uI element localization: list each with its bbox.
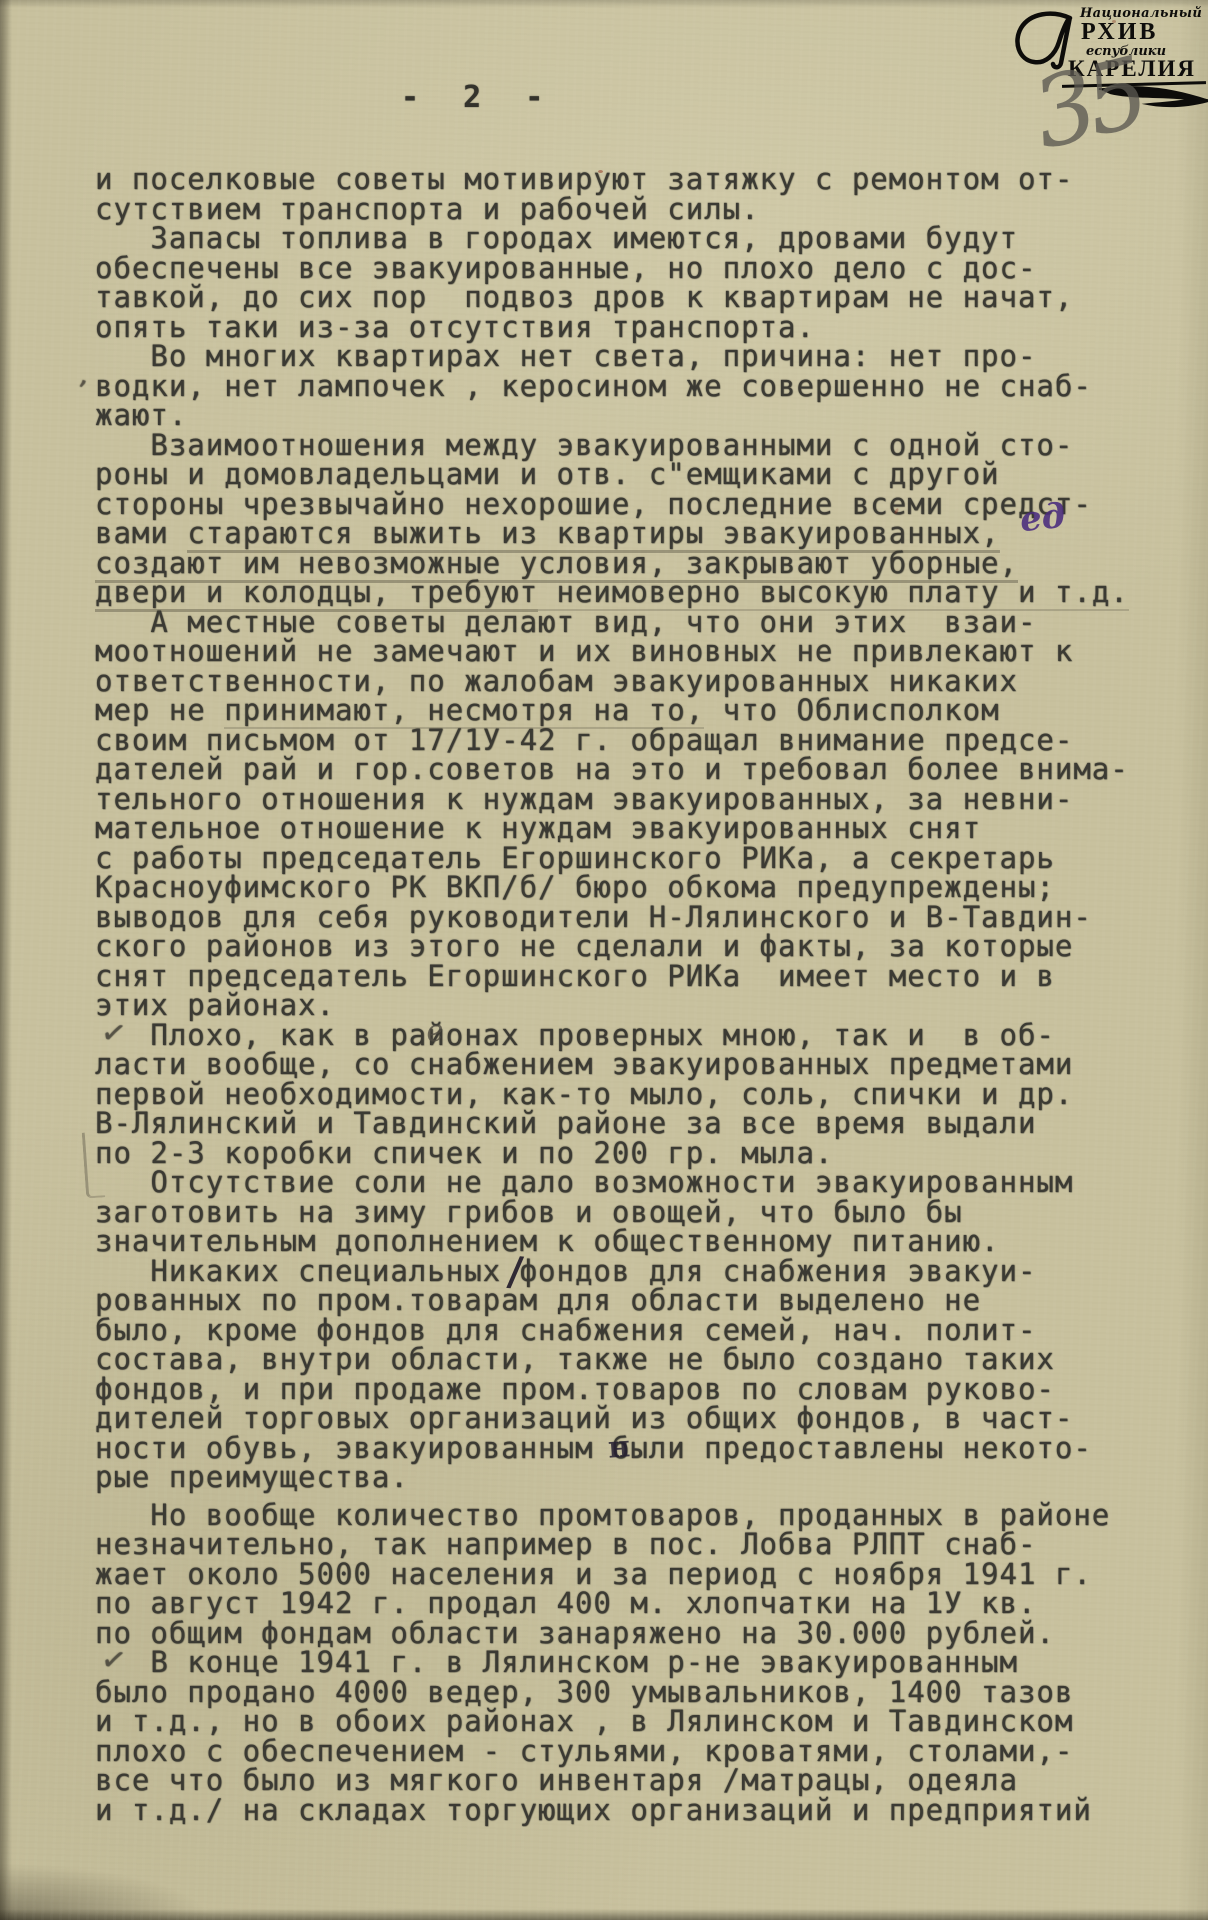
text-line: выводов для себя руководители Н-Лялинско…: [95, 903, 1165, 933]
text-line: обеспечены все эвакуированные, но плохо …: [95, 254, 1165, 284]
pencil-check-icon: ✓: [99, 1017, 129, 1050]
document-text: и поселковые советы мотивируют затяжку с…: [95, 165, 1165, 1825]
text-line: мер не принимают, несмотря на то, что Об…: [95, 696, 1165, 726]
text-line: роны и домовладельцами и отв. с"емщиками…: [95, 460, 1165, 490]
text-line: рованных по пром.товарам для области выд…: [95, 1286, 1165, 1316]
text-line: Но вообще количество промтоваров, продан…: [95, 1501, 1165, 1531]
text-line: В-Лялинский и Тавдинский районе за все в…: [95, 1109, 1165, 1139]
text-line: состава, внутри области, также не было с…: [95, 1345, 1165, 1375]
pencil-check-icon: ✓: [99, 1644, 129, 1677]
text-line: заготовить на зиму грибов и овощей, что …: [95, 1198, 1165, 1228]
text-line: А местные советы делают вид, что они эти…: [95, 608, 1165, 638]
text-line: опять таки из-за отсутствия транспорта.: [95, 313, 1165, 343]
ink-letter-mark: н: [607, 1429, 631, 1465]
text-line: незначительно, так например в пос. Лобва…: [95, 1530, 1165, 1560]
text-line: плохо с обеспечением - стульями, кроватя…: [95, 1737, 1165, 1767]
text-line: стороны чрезвычайно нехорошие, последние…: [95, 490, 1165, 520]
scanned-document-page: - 2 - Национальный РХИВ еспублики КАРЕЛИ…: [0, 0, 1208, 1920]
text-line: фондов, и при продаже пром.товаров по сл…: [95, 1375, 1165, 1405]
text-line: по 2-3 коробки спичек и по 200 гр. мыла.: [95, 1139, 1165, 1169]
text-line: Красноуфимского РК ВКП/б/ бюро обкома пр…: [95, 873, 1165, 903]
paper-speck: [598, 170, 603, 173]
text-line: и т.д., но в обоих районах , в Лялинском…: [95, 1707, 1165, 1737]
text-line: снят председатель Егоршинского РИКа имее…: [95, 962, 1165, 992]
text-line: В конце 1941 г. в Лялинском р-не эвакуир…: [95, 1648, 1165, 1678]
text-line: моотношений не замечают и их виновных не…: [95, 637, 1165, 667]
text-line: сутствием транспорта и рабочей силы.: [95, 195, 1165, 225]
text-line: дателей рай и гор.советов на это и требо…: [95, 755, 1165, 785]
text-line: Взаимоотношения между эвакуированными с …: [95, 431, 1165, 461]
text-line: жают.: [95, 401, 1165, 431]
text-line: ского районов из этого не сделали и факт…: [95, 932, 1165, 962]
pencil-tick-mark: ’: [69, 374, 92, 407]
text-line: рые преимущества.: [95, 1463, 1165, 1493]
text-line: Запасы топлива в городах имеются, дровам…: [95, 224, 1165, 254]
text-line: первой необходимости, как-то мыло, соль,…: [95, 1080, 1165, 1110]
text-line: Отсутствие соли не дало возможности эвак…: [95, 1168, 1165, 1198]
text-line: мательное отношение к нуждам эвакуирован…: [95, 814, 1165, 844]
text-line: создают им невозможные условия, закрываю…: [95, 549, 1165, 579]
ink-correction: ед: [1018, 496, 1067, 541]
text-line: и т.д./ на складах торгующих организаций…: [95, 1796, 1165, 1826]
paper-speck: [1112, 20, 1116, 23]
text-line: значительным дополнением к общественному…: [95, 1227, 1165, 1257]
text-line: двери и колодцы, требуют неимоверно высо…: [95, 578, 1165, 608]
text-line: тавкой, до сих пор подвоз дров к квартир…: [95, 283, 1165, 313]
text-line: все что было из мягкого инвентаря /матра…: [95, 1766, 1165, 1796]
text-line: водки, нет лампочек , керосином же совер…: [95, 372, 1165, 402]
text-line: дителей торговых организаций из общих фо…: [95, 1404, 1165, 1434]
text-line: было продано 4000 ведер, 300 умывальнико…: [95, 1678, 1165, 1708]
text-line: по общим фондам области занаряжено на 30…: [95, 1619, 1165, 1649]
text-line: своим письмом от 17/1У-42 г. обращал вни…: [95, 726, 1165, 756]
text-line: тельного отношения к нуждам эвакуированн…: [95, 785, 1165, 815]
text-line: этих районах.: [95, 991, 1165, 1021]
text-line: ласти вообще, со снабжением эвакуированн…: [95, 1050, 1165, 1080]
text-line: и поселковые советы мотивируют затяжку с…: [95, 165, 1165, 195]
text-line: вами стараются выжить из квартиры эвакуи…: [95, 519, 1165, 549]
text-line: с работы председатель Егоршинского РИКа,…: [95, 844, 1165, 874]
text-line: по август 1942 г. продал 400 м. хлопчатк…: [95, 1589, 1165, 1619]
text-line: жает около 5000 населения и за период с …: [95, 1560, 1165, 1590]
text-line: было, кроме фондов для снабжения семей, …: [95, 1316, 1165, 1346]
text-line: Плохо, как в районах проверных мною, так…: [95, 1021, 1165, 1051]
page-number: - 2 -: [401, 80, 556, 115]
text-line: Никаких специальных фондов для снабжения…: [95, 1257, 1165, 1287]
text-line: ответственности, по жалобам эвакуированн…: [95, 667, 1165, 697]
text-line: Во многих квартирах нет света, причина: …: [95, 342, 1165, 372]
